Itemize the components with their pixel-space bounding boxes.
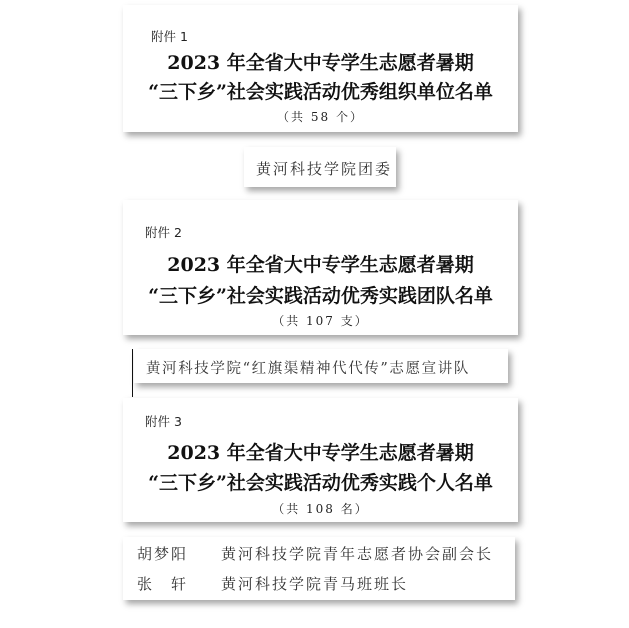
annex-2-entry: 黄河科技学院“红旗渠精神代代传”志愿宣讲队 xyxy=(146,357,470,378)
person-role: 黄河科技学院青年志愿者协会副会长 xyxy=(221,543,493,564)
person-role: 黄河科技学院青马班班长 xyxy=(221,573,408,594)
annex-3-label: 附件 3 xyxy=(145,412,182,430)
annex-1-label: 附件 1 xyxy=(151,27,188,45)
annex-2-label: 附件 2 xyxy=(145,223,182,241)
annex-2-title-line2: “三下乡”社会实践活动优秀实践团队名单 xyxy=(123,281,518,308)
annex-2-title-line1: 2023 年全省大中专学生志愿者暑期 xyxy=(123,250,518,277)
annex-1-count: （共 58 个） xyxy=(123,108,518,125)
annex-1-header: 附件 1 2023 年全省大中专学生志愿者暑期 “三下乡”社会实践活动优秀组织单… xyxy=(123,5,518,132)
annex-2-header: 附件 2 2023 年全省大中专学生志愿者暑期 “三下乡”社会实践活动优秀实践团… xyxy=(123,200,518,335)
annex-3-entries-card: 胡梦阳 黄河科技学院青年志愿者协会副会长 张 轩 黄河科技学院青马班班长 xyxy=(123,537,515,600)
annex-3-title-line1: 2023 年全省大中专学生志愿者暑期 xyxy=(123,438,518,465)
annex-1-title-line2: “三下乡”社会实践活动优秀组织单位名单 xyxy=(123,77,518,104)
left-rule xyxy=(132,349,133,397)
annex-3-title-line2: “三下乡”社会实践活动优秀实践个人名单 xyxy=(123,468,518,495)
annex-1-entry-card: 黄河科技学院团委 xyxy=(244,147,396,187)
annex-1-title-line1: 2023 年全省大中专学生志愿者暑期 xyxy=(123,48,518,75)
annex-1-entry: 黄河科技学院团委 xyxy=(256,158,392,179)
annex-2-count: （共 107 支） xyxy=(123,312,518,329)
person-name: 胡梦阳 xyxy=(137,543,188,564)
person-name: 张 轩 xyxy=(137,573,188,594)
annex-3-header: 附件 3 2023 年全省大中专学生志愿者暑期 “三下乡”社会实践活动优秀实践个… xyxy=(123,398,518,522)
annex-2-entry-card: 黄河科技学院“红旗渠精神代代传”志愿宣讲队 xyxy=(134,349,508,383)
annex-3-count: （共 108 名） xyxy=(123,500,518,517)
